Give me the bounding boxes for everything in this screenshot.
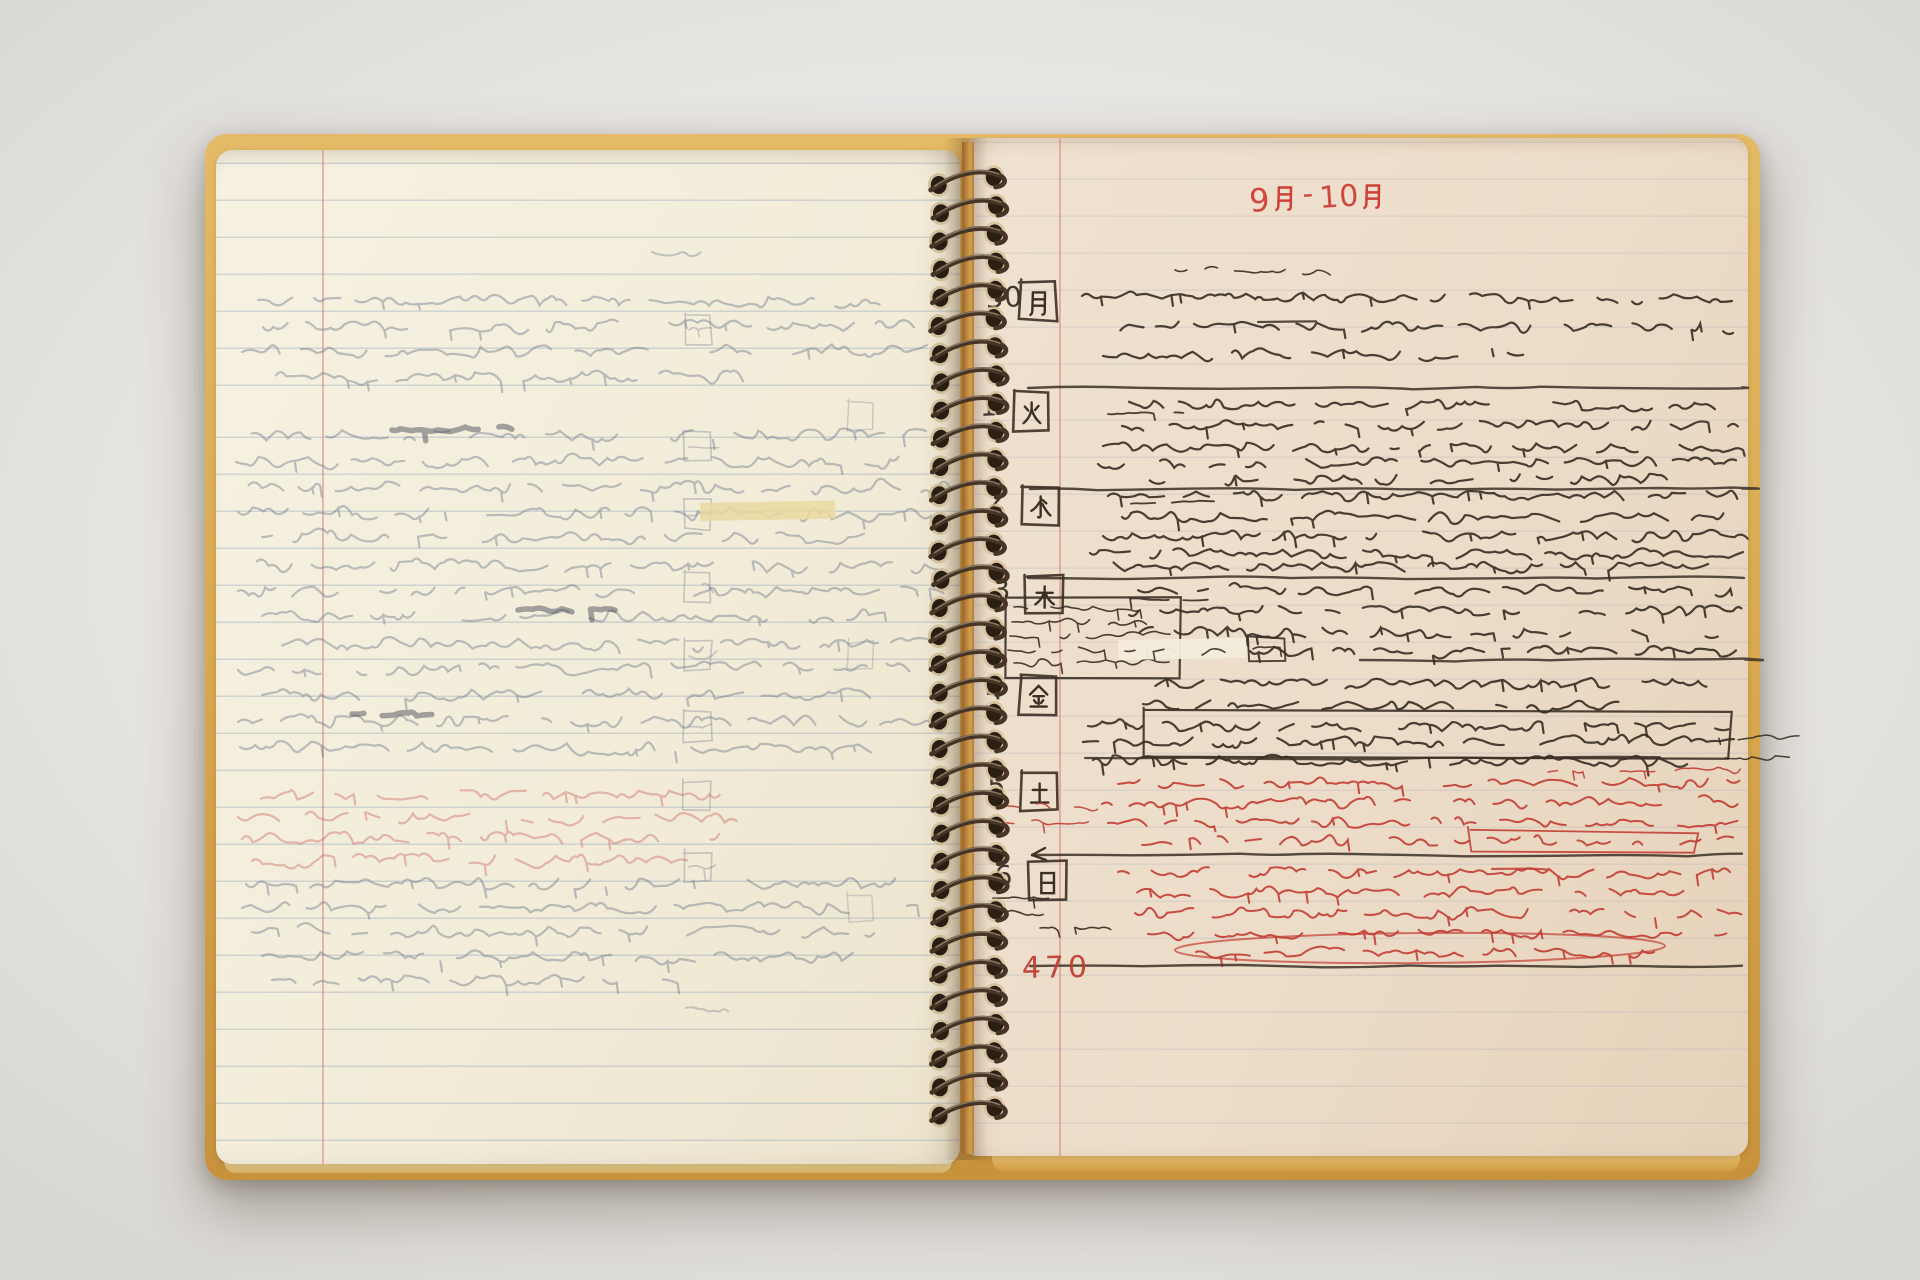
left-page bbox=[216, 150, 960, 1164]
left-page-margin-line bbox=[322, 150, 324, 1164]
spine-gap-shadow bbox=[944, 138, 988, 1160]
right-page-margin-line bbox=[1059, 138, 1061, 1156]
right-page bbox=[962, 138, 1748, 1156]
photo-backdrop: 9-1030123456470 bbox=[0, 0, 1920, 1280]
